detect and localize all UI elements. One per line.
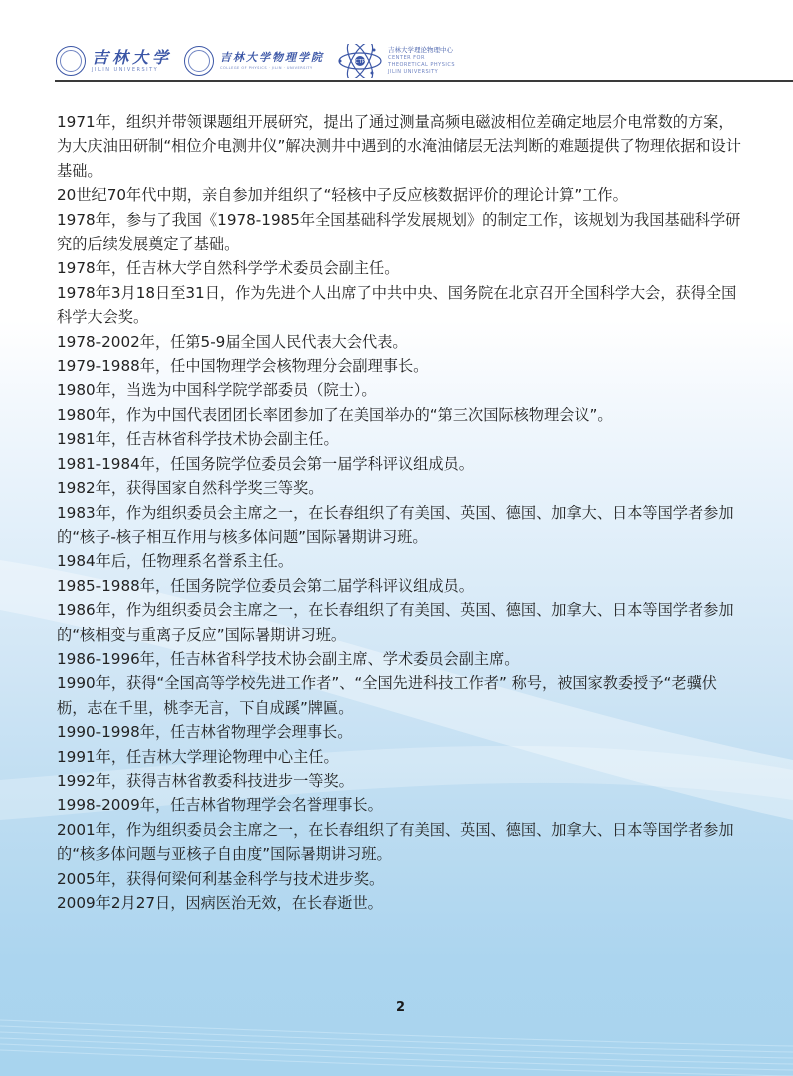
- chronology-item: 1971年，组织并带领课题组开展研究，提出了通过测量高频电磁波相位差确定地层介电…: [57, 110, 747, 183]
- college-seal-icon: [184, 46, 214, 76]
- logo-en-text: COLLEGE OF PHYSICS · JILIN · UNIVERSITY: [220, 65, 324, 72]
- chronology-item: 1979-1988年，任中国物理学会核物理分会副理事长。: [57, 354, 747, 378]
- chronology-item: 1986年，作为组织委员会主席之一，在长春组织了有美国、英国、德国、加拿大、日本…: [57, 598, 747, 647]
- ctp-en-line: JILIN UNIVERSITY: [388, 69, 455, 76]
- page-header: 吉林大学 JILIN UNIVERSITY 吉林大学物理学院 COLLEGE O…: [56, 42, 750, 80]
- jilin-university-logo: 吉林大学 JILIN UNIVERSITY: [56, 46, 172, 76]
- ctp-en-line: CENTER FOR: [388, 55, 455, 62]
- logo-en-text: JILIN UNIVERSITY: [92, 67, 172, 74]
- ctp-logo: CTP 吉林大学理论物理中心 CENTER FOR THEORETICAL PH…: [336, 44, 455, 78]
- header-divider: [55, 80, 793, 82]
- chronology-item: 1998-2009年，任吉林省物理学会名誉理事长。: [57, 793, 747, 817]
- chronology-item: 1990-1998年，任吉林省物理学会理事长。: [57, 720, 747, 744]
- page-number: 2: [396, 1000, 405, 1015]
- chronology-item: 1981年，任吉林省科学技术协会副主任。: [57, 427, 747, 451]
- chronology-item: 1990年，获得“全国高等学校先进工作者”、“全国先进科技工作者” 称号，被国家…: [57, 671, 747, 720]
- chronology-item: 1978-2002年，任第5-9届全国人民代表大会代表。: [57, 330, 747, 354]
- logo-cn-text: 吉林大学: [92, 49, 172, 67]
- chronology-list: 1971年，组织并带领课题组开展研究，提出了通过测量高频电磁波相位差确定地层介电…: [57, 110, 747, 915]
- university-seal-icon: [56, 46, 86, 76]
- chronology-item: 1985-1988年，任国务院学位委员会第二届学科评议组成员。: [57, 574, 747, 598]
- logo-cn-text: 吉林大学物理学院: [220, 51, 324, 65]
- chronology-item: 1991年，任吉林大学理论物理中心主任。: [57, 745, 747, 769]
- chronology-item: 1980年，当选为中国科学院学部委员（院士）。: [57, 378, 747, 402]
- ctp-en-line: THEORETICAL PHYSICS: [388, 62, 455, 69]
- chronology-item: 1992年，获得吉林省教委科技进步一等奖。: [57, 769, 747, 793]
- chronology-item: 1978年，任吉林大学自然科学学术委员会副主任。: [57, 256, 747, 280]
- chronology-item: 1983年，作为组织委员会主席之一，在长春组织了有美国、英国、德国、加拿大、日本…: [57, 501, 747, 550]
- physics-college-logo: 吉林大学物理学院 COLLEGE OF PHYSICS · JILIN · UN…: [184, 46, 324, 76]
- chronology-item: 1980年，作为中国代表团团长率团参加了在美国举办的“第三次国际核物理会议”。: [57, 403, 747, 427]
- svg-text:CTP: CTP: [355, 59, 365, 65]
- chronology-item: 1978年3月18日至31日，作为先进个人出席了中共中央、国务院在北京召开全国科…: [57, 281, 747, 330]
- chronology-item: 2001年，作为组织委员会主席之一，在长春组织了有美国、英国、德国、加拿大、日本…: [57, 818, 747, 867]
- chronology-item: 1982年，获得国家自然科学奖三等奖。: [57, 476, 747, 500]
- chronology-item: 20世纪70年代中期，亲自参加并组织了“轻核中子反应核数据评价的理论计算”工作。: [57, 183, 747, 207]
- atom-icon: CTP: [336, 44, 384, 78]
- ctp-cn-text: 吉林大学理论物理中心: [388, 46, 455, 55]
- chronology-item: 1981-1984年，任国务院学位委员会第一届学科评议组成员。: [57, 452, 747, 476]
- chronology-item: 2009年2月27日，因病医治无效，在长春逝世。: [57, 891, 747, 915]
- chronology-item: 1978年，参与了我国《1978-1985年全国基础科学发展规划》的制定工作，该…: [57, 208, 747, 257]
- chronology-item: 1984年后，任物理系名誉系主任。: [57, 549, 747, 573]
- chronology-item: 2005年，获得何梁何利基金科学与技术进步奖。: [57, 867, 747, 891]
- chronology-item: 1986-1996年，任吉林省科学技术协会副主席、学术委员会副主席。: [57, 647, 747, 671]
